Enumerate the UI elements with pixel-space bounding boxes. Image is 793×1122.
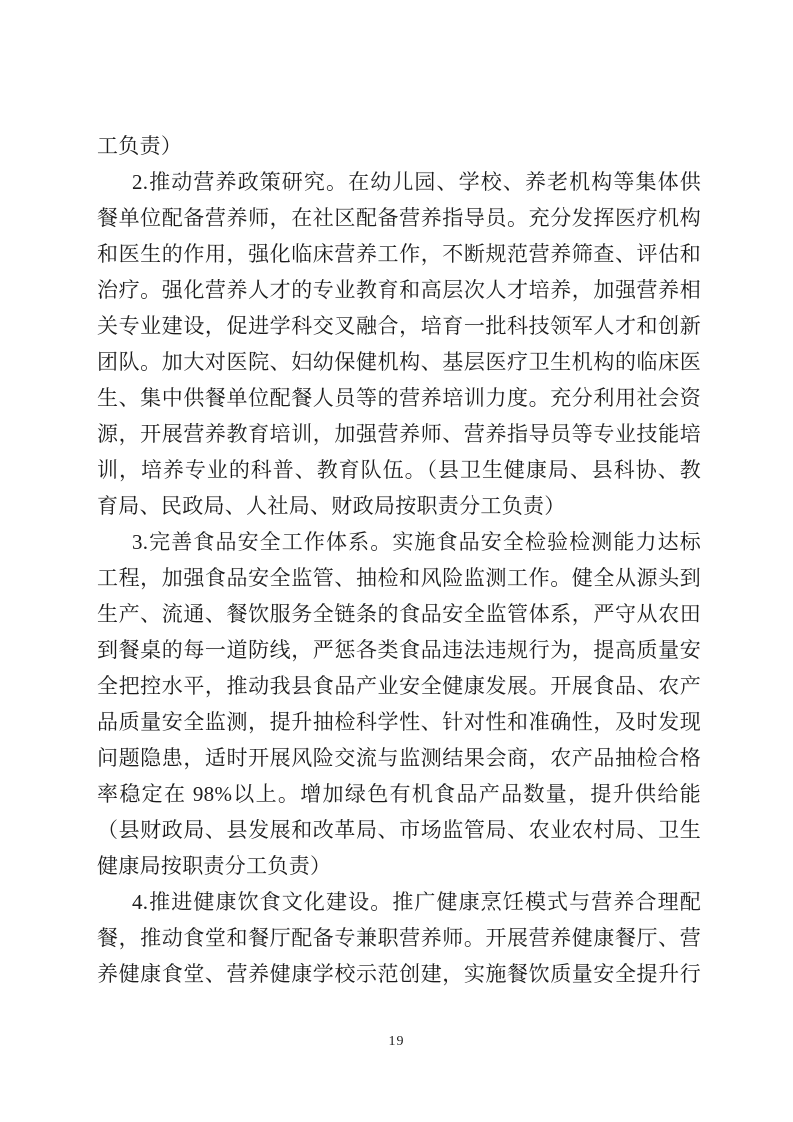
text-line: 到餐桌的每一道防线，严惩各类食品违法违规行为，提高质量安 xyxy=(97,632,701,668)
text-line: 问题隐患，适时开展风险交流与监测结果会商，农产品抽检合格 xyxy=(97,740,701,776)
text-line: 率稳定在 98%以上。增加绿色有机食品产品数量，提升供给能力。 xyxy=(97,776,701,812)
text-line: 品质量安全监测，提升抽检科学性、针对性和准确性，及时发现 xyxy=(97,704,701,740)
text-line: 源，开展营养教育培训，加强营养师、营养指导员等专业技能培 xyxy=(97,416,701,452)
text-line: 育局、民政局、人社局、财政局按职责分工负责） xyxy=(97,488,701,524)
text-line: 健康局按职责分工负责） xyxy=(97,848,701,884)
text-line: 养健康食堂、营养健康学校示范创建，实施餐饮质量安全提升行 xyxy=(97,956,701,992)
text-line: 训，培养专业的科普、教育队伍。（县卫生健康局、县科协、教 xyxy=(97,452,701,488)
text-line: 2.推动营养政策研究。在幼儿园、学校、养老机构等集体供 xyxy=(97,164,701,200)
text-line: 团队。加大对医院、妇幼保健机构、基层医疗卫生机构的临床医 xyxy=(97,344,701,380)
text-line: （县财政局、县发展和改革局、市场监管局、农业农村局、卫生 xyxy=(97,812,701,848)
text-line: 全把控水平，推动我县食品产业安全健康发展。开展食品、农产 xyxy=(97,668,701,704)
text-line: 餐，推动食堂和餐厅配备专兼职营养师。开展营养健康餐厅、营 xyxy=(97,920,701,956)
text-line: 关专业建设，促进学科交叉融合，培育一批科技领军人才和创新 xyxy=(97,308,701,344)
text-line: 4.推进健康饮食文化建设。推广健康烹饪模式与营养合理配 xyxy=(97,884,701,920)
text-line: 工程，加强食品安全监管、抽检和风险监测工作。健全从源头到 xyxy=(97,560,701,596)
text-line: 和医生的作用，强化临床营养工作，不断规范营养筛查、评估和 xyxy=(97,236,701,272)
page-number: 19 xyxy=(0,1034,793,1050)
document-page: 工负责）2.推动营养政策研究。在幼儿园、学校、养老机构等集体供餐单位配备营养师，… xyxy=(0,0,793,1122)
text-line: 餐单位配备营养师，在社区配备营养指导员。充分发挥医疗机构 xyxy=(97,200,701,236)
text-line: 3.完善食品安全工作体系。实施食品安全检验检测能力达标 xyxy=(97,524,701,560)
text-line: 生、集中供餐单位配餐人员等的营养培训力度。充分利用社会资 xyxy=(97,380,701,416)
text-line: 工负责） xyxy=(97,128,701,164)
text-line: 治疗。强化营养人才的专业教育和高层次人才培养，加强营养相 xyxy=(97,272,701,308)
document-body: 工负责）2.推动营养政策研究。在幼儿园、学校、养老机构等集体供餐单位配备营养师，… xyxy=(97,128,701,992)
text-line: 生产、流通、餐饮服务全链条的食品安全监管体系，严守从农田 xyxy=(97,596,701,632)
